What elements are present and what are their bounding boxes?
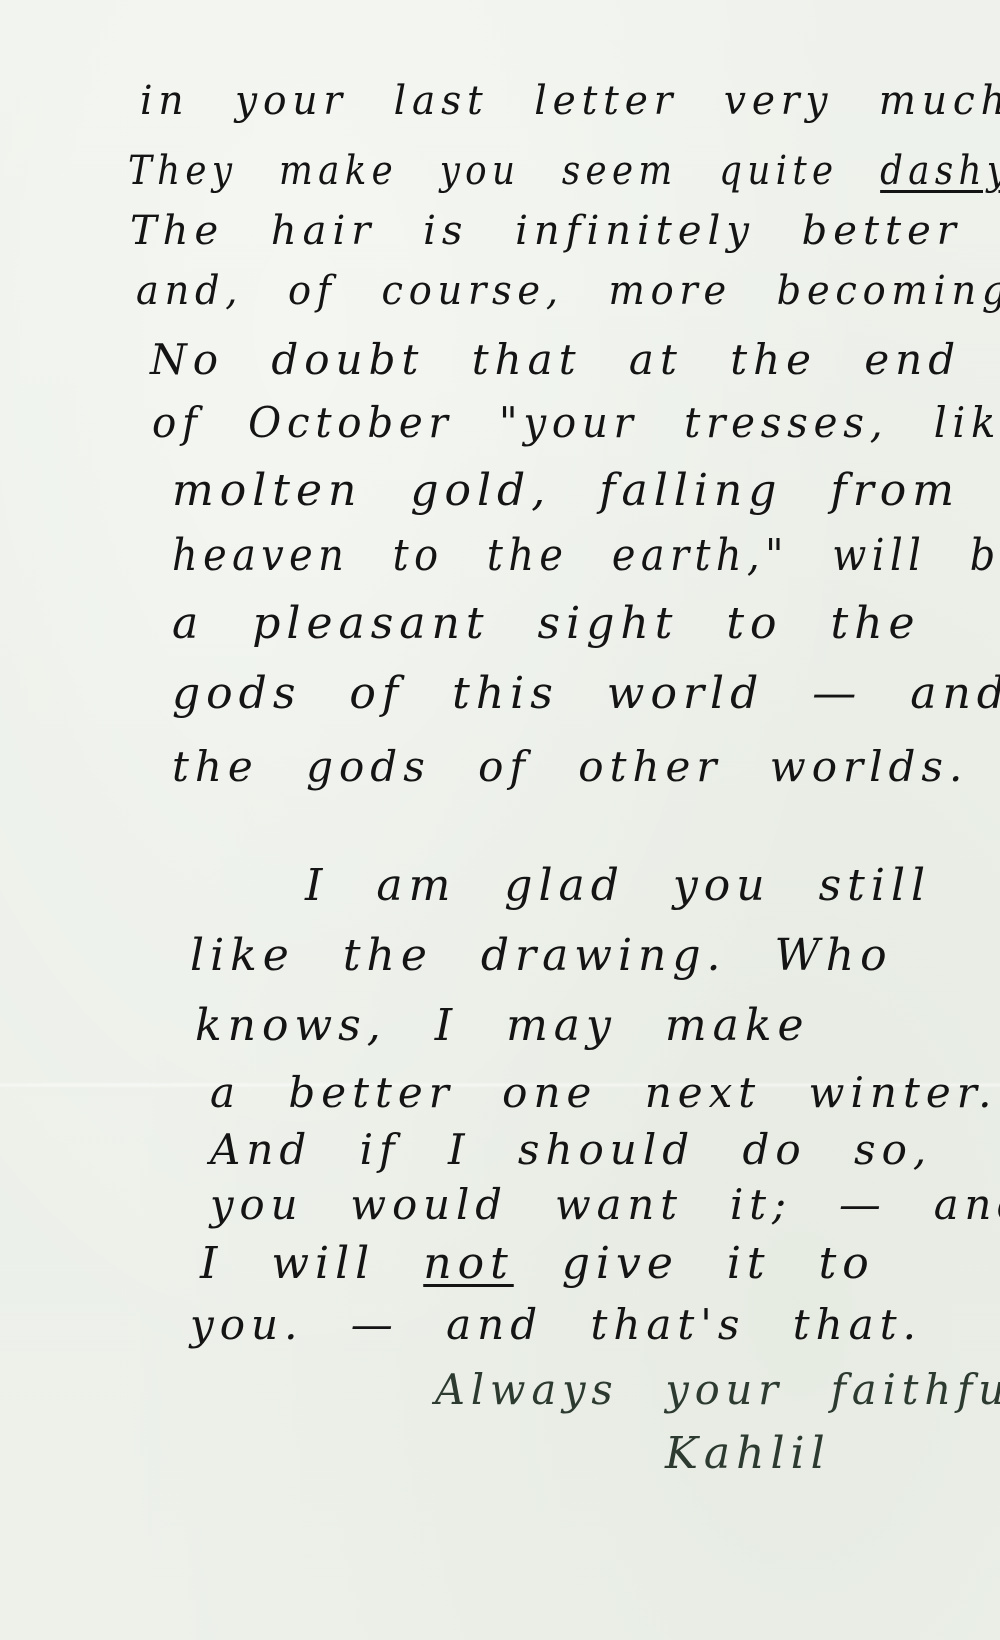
letter-line: the gods of other worlds. [172,742,968,791]
letter-line: I will not give it to [200,1238,875,1289]
letter-line: No doubt that at the end [150,335,961,384]
letter-line: The hair is infinitely better [130,208,962,254]
letter-line: a pleasant sight to the [172,598,921,649]
letter-line: of October "your tresses, like [152,398,1000,447]
letter-line: and, of course, more becoming. [136,268,1000,314]
underlined-word: dashy [880,148,1000,194]
letter-line: heaven to the earth," will be [172,530,1000,581]
letter-line: knows, I may make [195,1000,810,1051]
letter-line: molten gold, falling from [172,465,960,516]
letter-line: in your last letter very much. [140,78,1000,124]
underlined-word: not [423,1238,514,1289]
letter-signature: Kahlil [665,1428,831,1479]
letter-closing: Always your faithful [435,1365,1000,1414]
letter-line: you would want it; — and [210,1180,1000,1229]
letter-line: They make you seem quite dashy: [128,148,1000,194]
letter-line: like the drawing. Who [190,930,893,981]
letter-line: a better one next winter. [210,1068,998,1117]
letter-line: you. — and that's that. [190,1300,922,1349]
letter-line: And if I should do so, [210,1125,932,1174]
letter-line: gods of this world — and [172,668,1000,719]
letter-line: I am glad you still [305,860,931,911]
letter-page: in your last letter very much.They make … [0,0,1000,1640]
